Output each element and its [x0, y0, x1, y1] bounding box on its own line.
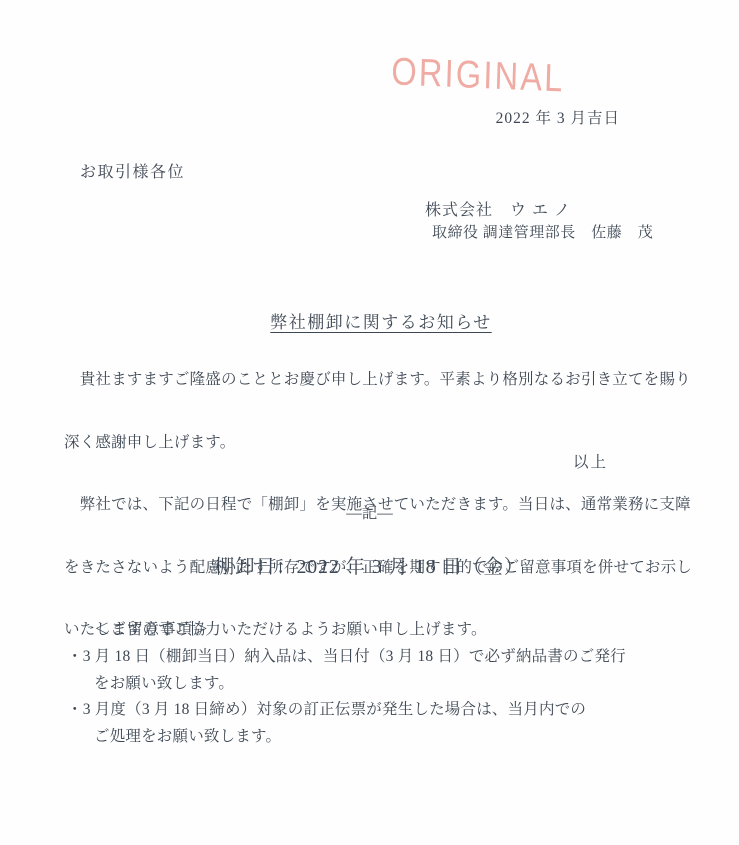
sender-signer: 取締役 調達管理部長 佐藤 茂: [432, 221, 653, 242]
letter-page: ORIGINAL 2022 年 3 月吉日 お取引様各位 株式会社 ウ エ ノ …: [0, 0, 739, 845]
note-item-2-line-1: ・3 月度（3 月 18 日締め）対象の訂正伝票が発生した場合は、当月内での: [67, 697, 586, 719]
note-item-1-line-1: ・3 月 18 日（棚卸当日）納入品は、当日付（3 月 18 日）で必ず納品書の…: [67, 644, 626, 666]
original-stamp: ORIGINAL: [391, 50, 566, 101]
record-marker: —記—: [0, 501, 739, 523]
sender-company: 株式会社 ウ エ ノ: [425, 197, 571, 220]
document-title-text: 弊社棚卸に関するお知らせ: [270, 313, 492, 332]
body-line: 貴社ますますご隆盛のこととお慶び申し上げます。平素より格別なるお引き立てを賜り: [64, 367, 684, 394]
closing-ijou: 以上: [573, 450, 608, 472]
issue-date: 2022 年 3 月吉日: [496, 106, 620, 128]
inventory-date-line: 棚卸日：2022 年 3 月 18 日（金）: [0, 551, 739, 579]
notes-header: ＜ご留意事項＞: [94, 617, 210, 639]
recipient-line: お取引様各位: [80, 159, 185, 182]
note-item-1-line-2: をお願い致します。: [94, 671, 234, 693]
note-item-2-line-2: ご処理をお願い致します。: [94, 724, 281, 746]
